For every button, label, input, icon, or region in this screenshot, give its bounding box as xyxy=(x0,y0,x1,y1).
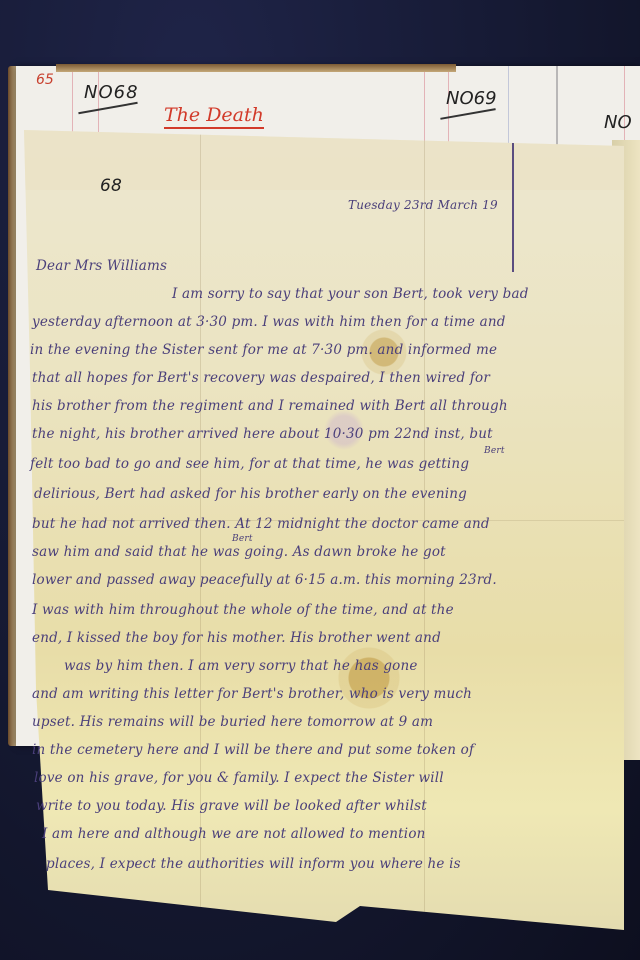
letter-line: I am here and although we are not allowe… xyxy=(42,826,426,842)
ledger-top-edge xyxy=(56,64,456,72)
ledger-entry-number: NO69 xyxy=(446,88,497,109)
letter-line: saw him and said that he was going. As d… xyxy=(32,544,446,560)
sheet-overlap-edge xyxy=(512,142,514,272)
letter-insertion: Bert xyxy=(484,446,505,456)
letter-line: upset. His remains will be buried here t… xyxy=(32,714,433,730)
ledger-entry-title: The Death xyxy=(164,104,264,129)
letter-line: in the evening the Sister sent for me at… xyxy=(30,342,497,358)
letter-item-number: 68 xyxy=(100,176,122,196)
letter-date: Tuesday 23rd March 19 xyxy=(348,198,498,212)
letter-line: delirious, Bert had asked for his brothe… xyxy=(34,486,467,502)
ledger-page-number: 65 xyxy=(36,72,54,88)
letter-line: I am sorry to say that your son Bert, to… xyxy=(172,286,529,302)
letter-line: lower and passed away peacefully at 6·15… xyxy=(32,572,497,588)
letter-line: yesterday afternoon at 3·30 pm. I was wi… xyxy=(32,314,506,330)
letter-salutation: Dear Mrs Williams xyxy=(36,258,167,274)
ledger-entry-number-partial: NO xyxy=(604,112,632,133)
letter-line: but he had not arrived then. At 12 midni… xyxy=(32,516,490,532)
letter-line: end, I kissed the boy for his mother. Hi… xyxy=(32,630,441,646)
letter-insertion: Bert xyxy=(232,534,253,544)
letter-line: write to you today. His grave will be lo… xyxy=(36,798,427,814)
letter-line: the night, his brother arrived here abou… xyxy=(32,426,493,442)
letter-line: in the cemetery here and I will be there… xyxy=(32,742,474,758)
letter-line: and am writing this letter for Bert's br… xyxy=(32,686,472,702)
ledger-entry-number: NO68 xyxy=(84,82,139,103)
letter-line: I was with him throughout the whole of t… xyxy=(32,602,454,618)
letter-line: love on his grave, for you & family. I e… xyxy=(34,770,444,786)
letter-line: his brother from the regiment and I rema… xyxy=(32,398,508,414)
letter-line: places, I expect the authorities will in… xyxy=(46,856,461,872)
letter-line: that all hopes for Bert's recovery was d… xyxy=(32,370,490,386)
letter-line: was by him then. I am very sorry that he… xyxy=(64,658,418,674)
letter-line: felt too bad to go and see him, for at t… xyxy=(30,456,469,472)
